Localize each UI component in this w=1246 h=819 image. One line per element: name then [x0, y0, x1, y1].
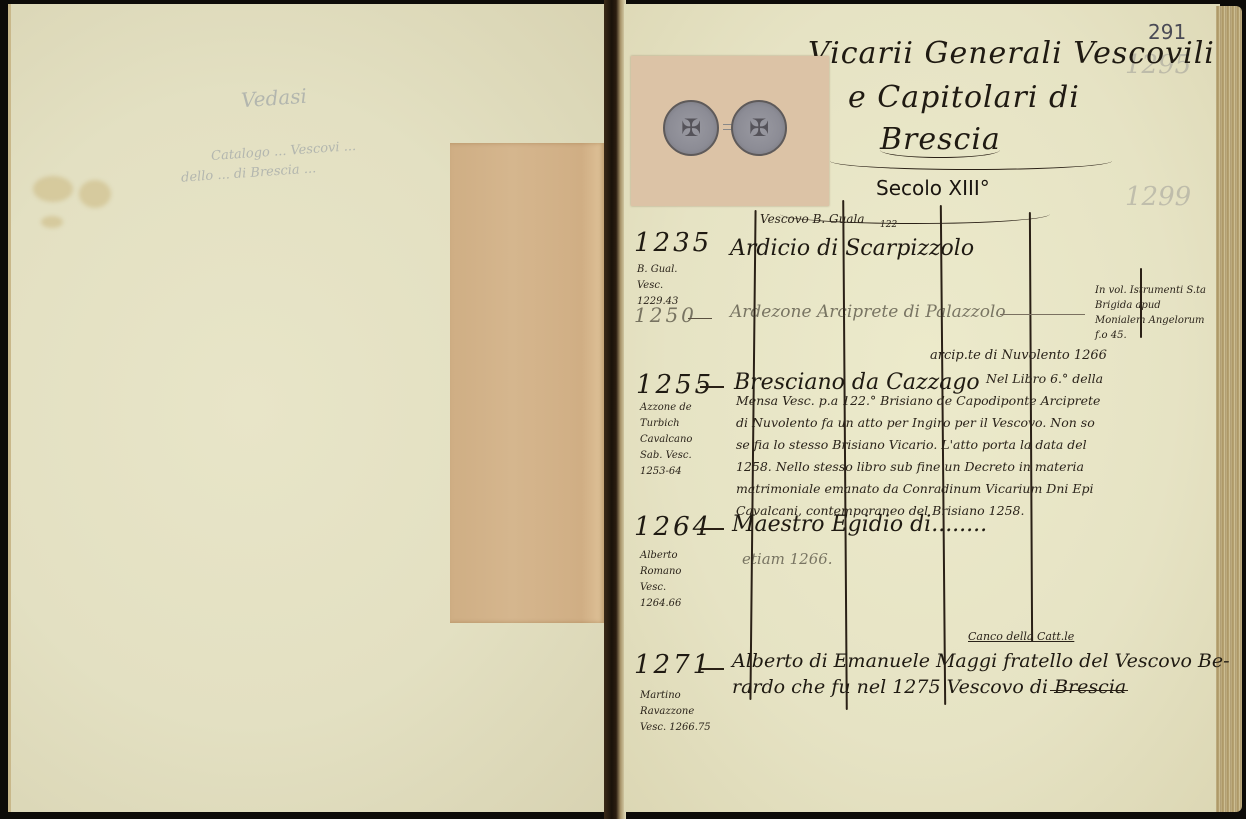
entry-line-1: Alberto di Emanuele Maggi fratello del V…: [732, 650, 1230, 672]
page-edges: [1216, 6, 1242, 812]
entry-year: 1255: [636, 370, 714, 400]
entry-name: Maestro Egidio di........: [732, 512, 987, 537]
brown-paper-patch: [450, 143, 605, 623]
entry-name: Ardicio di Scarpizzolo: [730, 236, 974, 261]
seal-patch: [631, 56, 829, 206]
century-heading: Secolo XIII°: [876, 176, 990, 200]
entry-line-2: rardo che fu nel 1275 Vescovo di Brescia: [732, 676, 1126, 698]
entry-name: Ardezone Arciprete di Palazzolo: [730, 302, 1006, 322]
water-stain: [79, 180, 111, 208]
title-line-2: e Capitolari di: [848, 80, 1080, 115]
book-spine-gutter: [604, 0, 626, 819]
underline: [1050, 690, 1128, 691]
entry-margin-note: Martino Ravazzone Vesc. 1266.75: [640, 688, 712, 736]
entry-above-note: Canco della Catt.le: [968, 630, 1074, 643]
pencil-note: dello ... di Brescia ...: [181, 161, 317, 185]
entry-margin-note: Alberto Romano Vesc. 1264.66: [640, 548, 698, 612]
water-stain: [41, 216, 63, 228]
seal-impression-icon: [663, 100, 719, 156]
title-line-1: Vicarii Generali Vescovili: [808, 36, 1215, 71]
entry-body: Nel Libro 6.° della Mensa Vesc. p.a 122.…: [736, 368, 1104, 522]
entry-margin-note: Azzone de Turbich Cavalcano Sab. Vesc. 1…: [640, 400, 704, 480]
dash: [700, 386, 724, 388]
entry-year: 1250: [634, 303, 697, 327]
pencil-note: Vedasi: [240, 84, 307, 113]
entry-year: 1235: [634, 228, 712, 258]
ghost-year: 1299: [1125, 182, 1191, 212]
manuscript-spread: Vedasi Catalogo ... Vescovi ... dello ..…: [0, 0, 1246, 819]
dash: [700, 528, 724, 530]
dash: [1000, 314, 1085, 315]
entry-above-note: Vescovo B. Guala: [760, 212, 865, 226]
water-stain: [33, 176, 73, 202]
entry-above-note: arcip.te di Nuvolento 1266: [930, 348, 1107, 363]
entry-side-note: In vol. Istrumenti S.ta Brigida apud Mon…: [1095, 283, 1207, 343]
entry-sub-note: etiam 1266.: [742, 550, 833, 568]
pencil-note: Catalogo ... Vescovi ...: [211, 139, 357, 164]
entry-year: 1264: [634, 512, 712, 542]
entry-year: 1271: [634, 650, 712, 680]
seal-impression-icon: [731, 100, 787, 156]
entry-ref: 122: [880, 220, 897, 230]
dash: [688, 318, 712, 319]
dash: [700, 668, 724, 670]
title-underline-flourish: [830, 152, 1112, 170]
